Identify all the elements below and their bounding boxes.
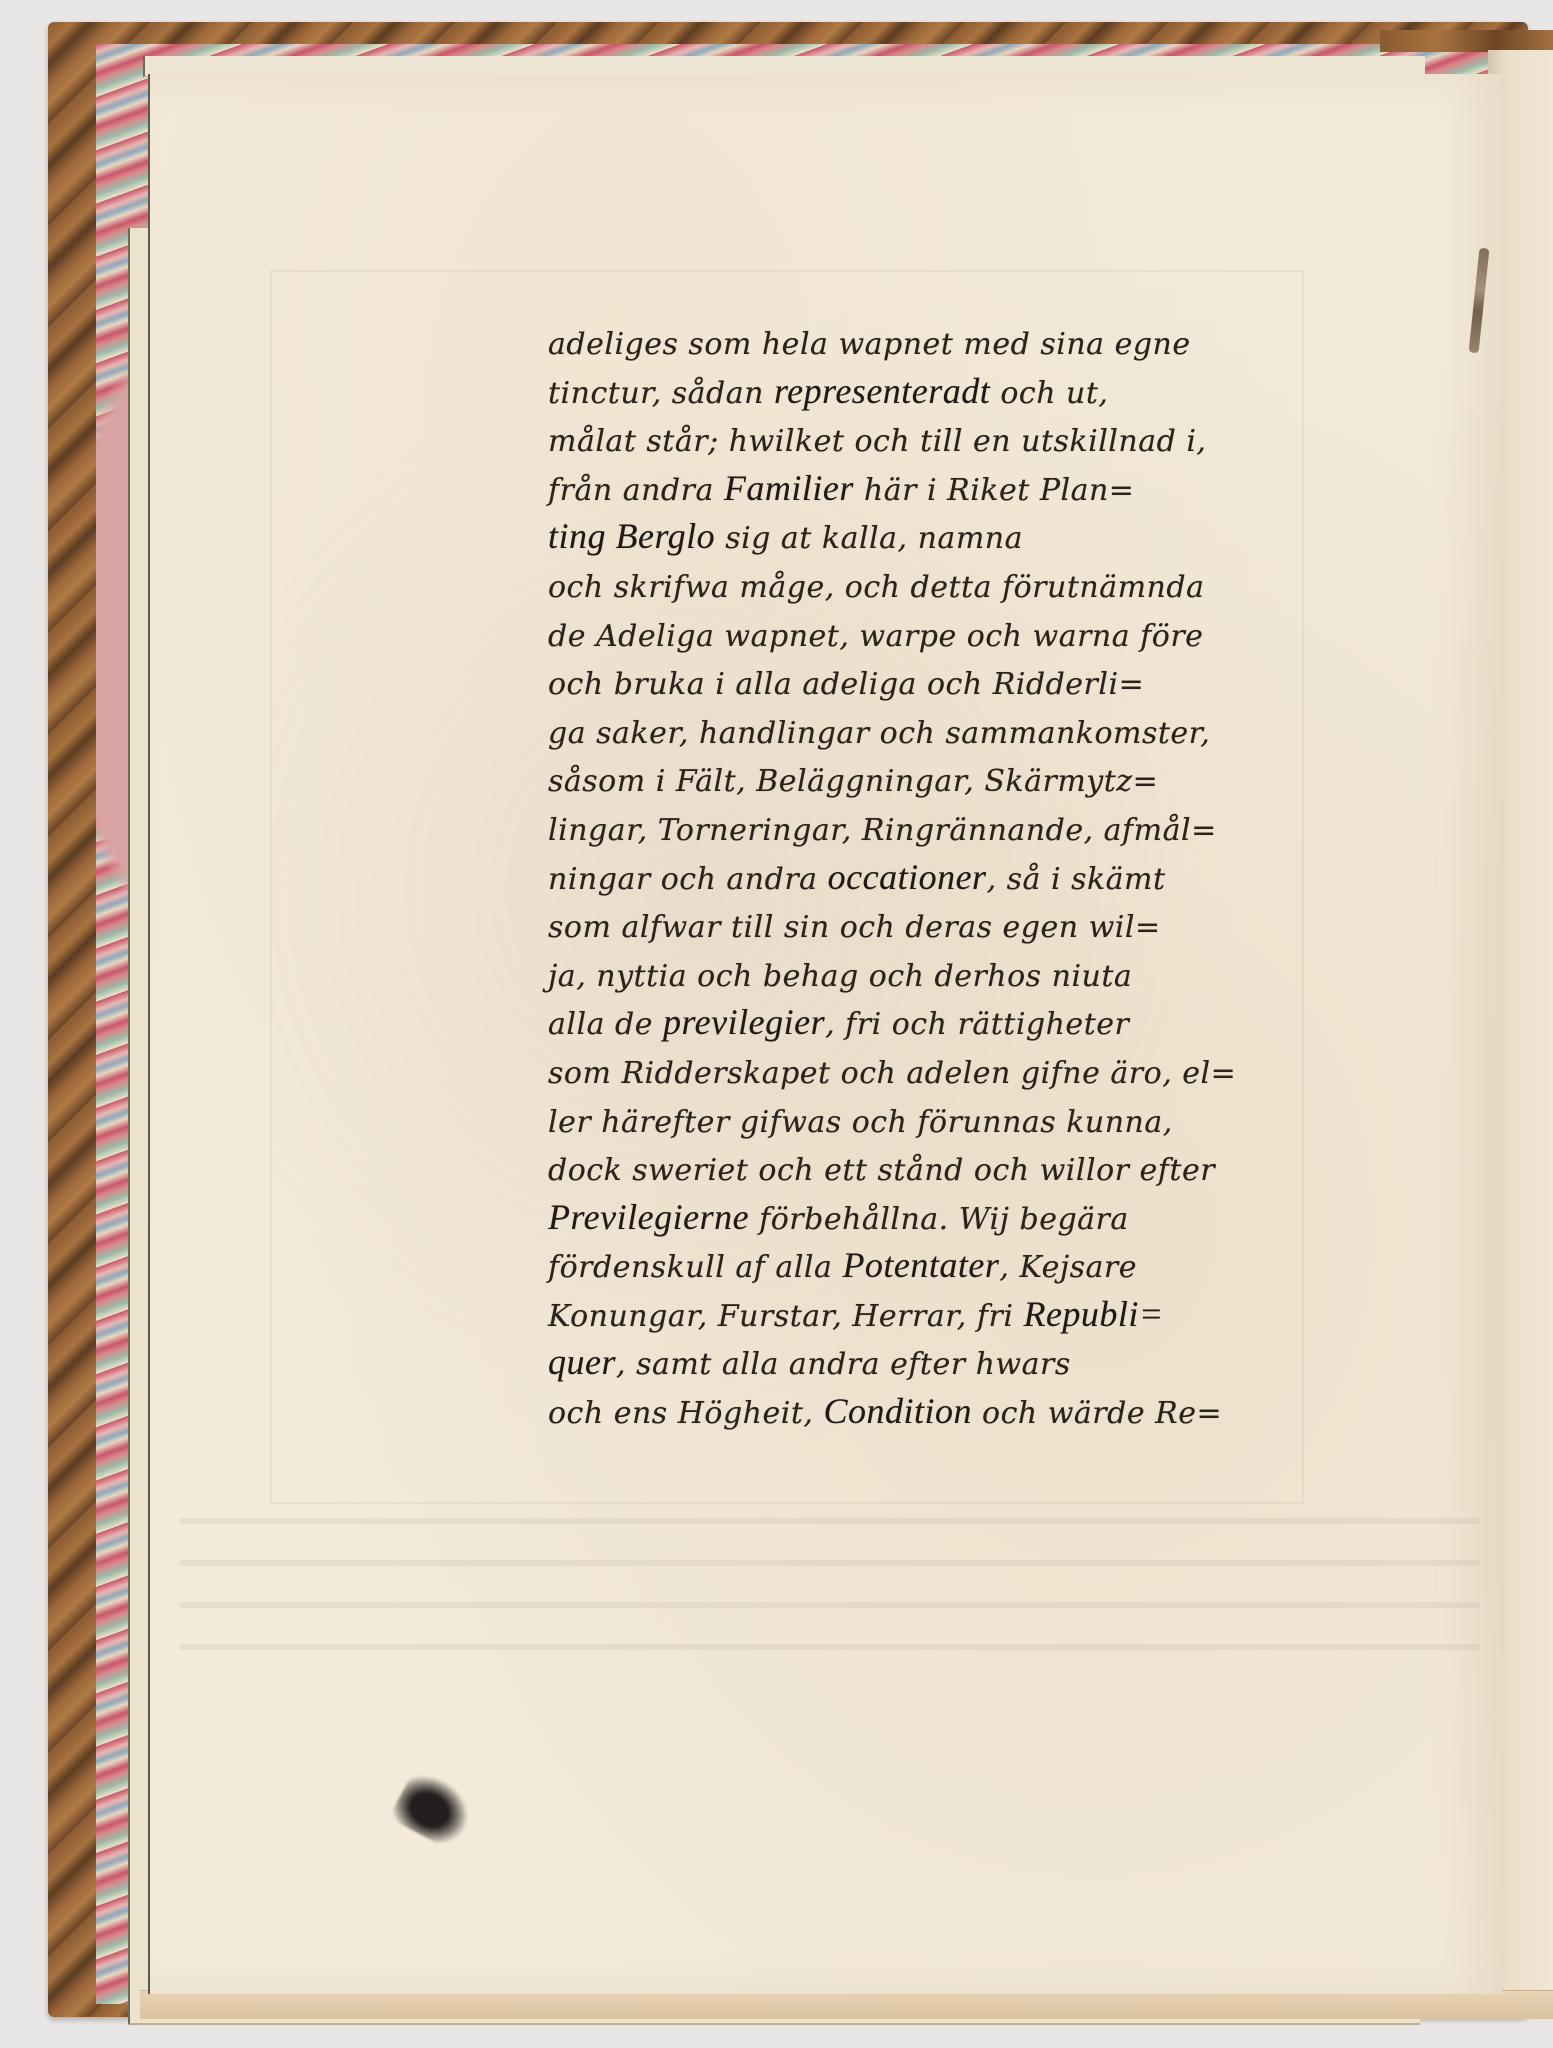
manuscript-line-17: ler härefter gifwas och förunnas kunna, [548,1096,1448,1145]
manuscript-line-7: de Adeliga wapnet, warpe och warna före [548,610,1448,659]
manuscript-line-15: alla de previlegier, fri och rättigheter [548,998,1448,1047]
manuscript-line-3: målat står; hwilket och till en utskilln… [548,415,1448,464]
manuscript-line-12: ningar och andra occationer, så i skämt [548,853,1448,902]
manuscript-line-2: tinctur, sådan representeradt och ut, [548,367,1448,416]
manuscript-line-21: Konungar, Furstar, Herrar, fri Republi= [548,1290,1448,1339]
manuscript-line-14: ja, nyttia och behag och derhos niuta [548,950,1448,999]
manuscript-line-22: quer, samt alla andra efter hwars [548,1338,1448,1387]
show-through-print-lines [180,1500,1480,1670]
spine-band [1380,30,1553,52]
manuscript-line-9: ga saker, handlingar och sammankomster, [548,707,1448,756]
manuscript-line-4: från andra Familier här i Riket Plan= [548,464,1448,513]
manuscript-line-5: ting Berglo sig at kalla, namna [548,512,1448,561]
manuscript-line-16: som Ridderskapet och adelen gifne äro, e… [548,1047,1448,1096]
handwritten-text-block: adeliges som hela wapnet med sina egne t… [548,318,1448,1436]
manuscript-line-1: adeliges som hela wapnet med sina egne [548,318,1448,367]
manuscript-line-19: Previlegierne förbehållna. Wij begära [548,1193,1448,1242]
manuscript-line-13: som alfwar till sin och deras egen wil= [548,901,1448,950]
manuscript-line-11: lingar, Torneringar, Ringrännande, afmål… [548,804,1448,853]
manuscript-line-6: och skrifwa måge, och detta förutnämnda [548,561,1448,610]
manuscript-line-8: och bruka i alla adeliga och Ridderli= [548,658,1448,707]
manuscript-line-18: dock sweriet och ett stånd och willor ef… [548,1144,1448,1193]
page-block-bottom-edge [140,1990,1553,2019]
manuscript-line-23: och ens Högheit, Condition och wärde Re= [548,1387,1448,1436]
manuscript-line-20: fördenskull af alla Potentater, Kejsare [548,1241,1448,1290]
manuscript-line-10: såsom i Fält, Beläggningar, Skärmytz= [548,755,1448,804]
